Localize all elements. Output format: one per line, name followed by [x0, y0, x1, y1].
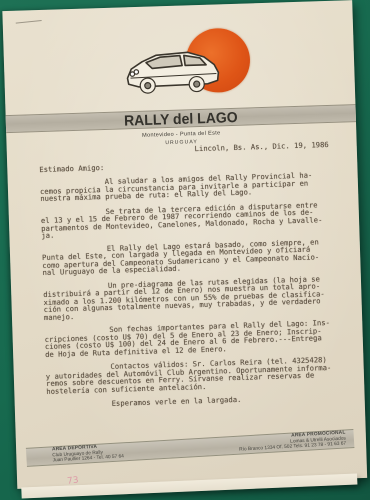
paragraph-greeting: Al saludar a los amigos del Rally Provin…: [40, 171, 333, 203]
footer-area-deportiva: AREA DEPORTIVA Club Uruguayo de Rally Ju…: [52, 444, 124, 464]
paragraph-contacts: Contactos válidos: Sr. Carlos Reira (tel…: [45, 356, 338, 395]
rally-logo: RALLY del LAGO Montevideo - Punta del Es…: [3, 16, 356, 115]
closing-line: Esperamos verle en la largada.: [47, 393, 339, 410]
letter-page: RALLY del LAGO Montevideo - Punta del Es…: [2, 0, 367, 489]
paragraph-base: El Rally del Lago estará basado, como si…: [42, 237, 335, 276]
pencil-mark: [16, 20, 42, 24]
logo-title: RALLY del LAGO: [124, 108, 238, 128]
footer-area-promocional: AREA PROMOCIONAL Lomas & Utrelli Asociad…: [238, 431, 346, 453]
letter-body: Lincoln, Bs. As., Dic. 19, 1986 Estimado…: [39, 141, 339, 410]
footer-band: AREA DEPORTIVA Club Uruguayo de Rally Ju…: [26, 429, 355, 467]
paragraph-edition: Se trata de la tercera edición a disputa…: [41, 200, 334, 239]
rally-car-icon: [121, 42, 227, 97]
pink-annotation: 73: [67, 476, 79, 487]
paragraph-dates: Son fechas importantes para el Rally del…: [44, 319, 337, 358]
paragraph-routes: Un pre-diagrama de las rutas elegidas (l…: [43, 274, 336, 321]
